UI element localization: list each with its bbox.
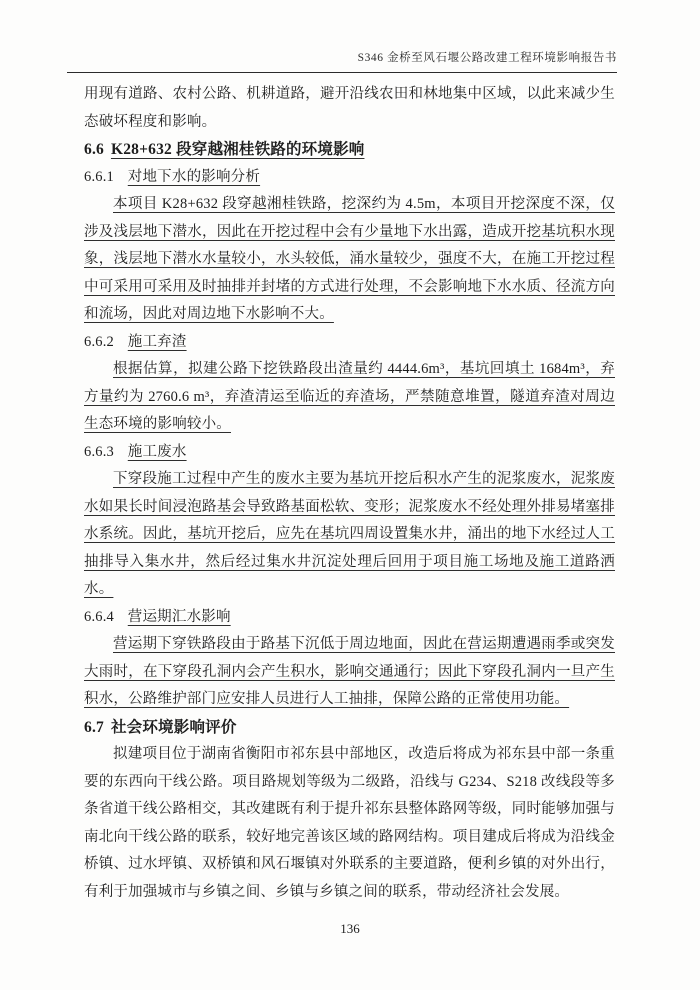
section-paragraph-groundwater: 本项目 K28+632 段穿越湘桂铁路，挖深约为 4.5m，本项目开挖深度不深，… — [84, 191, 615, 329]
section-paragraph-drainage: 营运期下穿铁路段由于路基下沉低于周边地面，因此在营运期遭遇雨季或突发大雨时，在下… — [84, 631, 615, 714]
section-number: 6.6.1 — [84, 169, 114, 185]
page-number: 136 — [0, 921, 700, 937]
section-title: 对地下水的影响分析 — [128, 169, 260, 185]
page-header: S346 金桥至风石堰公路改建工程环境影响报告书 — [67, 0, 617, 73]
section-paragraph-spoil: 根据估算，拟建公路下挖铁路段出渣量约 4444.6m³，基坑回填土 1684m³… — [84, 356, 615, 439]
section-title: 施工弃渣 — [128, 334, 187, 350]
section-number: 6.6.4 — [84, 609, 114, 625]
section-heading-6-7: 6.7社会环境影响评价 — [84, 714, 615, 742]
section-heading-6-6-4: 6.6.4营运期汇水影响 — [84, 604, 615, 632]
section-title: K28+632 段穿越湘桂铁路的环境影响 — [111, 141, 365, 158]
section-heading-6-6-1: 6.6.1对地下水的影响分析 — [84, 164, 615, 192]
section-number: 6.6.3 — [84, 444, 114, 460]
section-heading-6-6-3: 6.6.3施工废水 — [84, 439, 615, 467]
section-title: 社会环境影响评价 — [111, 719, 237, 736]
document-page: S346 金桥至风石堰公路改建工程环境影响报告书 用现有道路、农村公路、机耕道路… — [0, 0, 700, 990]
section-number: 6.6 — [84, 141, 104, 158]
report-title: S346 金桥至风石堰公路改建工程环境影响报告书 — [358, 52, 617, 64]
section-title: 施工废水 — [128, 444, 187, 460]
page-body: 用现有道路、农村公路、机耕道路，避开沿线农田和林地集中区域，以此来减少生态破坏程… — [84, 81, 615, 906]
section-heading-6-6: 6.6K28+632 段穿越湘桂铁路的环境影响 — [84, 136, 615, 164]
section-number: 6.7 — [84, 719, 104, 736]
section-number: 6.6.2 — [84, 334, 114, 350]
section-paragraph-social: 拟建项目位于湖南省衡阳市祁东县中部地区，改造后将成为祁东县中部一条重要的东西向干… — [84, 741, 615, 906]
section-title: 营运期汇水影响 — [128, 609, 231, 625]
section-heading-6-6-2: 6.6.2施工弃渣 — [84, 329, 615, 357]
section-paragraph-wastewater: 下穿段施工过程中产生的废水主要为基坑开挖后积水产生的泥浆废水，泥浆废水如果长时间… — [84, 466, 615, 604]
continuation-paragraph: 用现有道路、农村公路、机耕道路，避开沿线农田和林地集中区域，以此来减少生态破坏程… — [84, 81, 615, 136]
